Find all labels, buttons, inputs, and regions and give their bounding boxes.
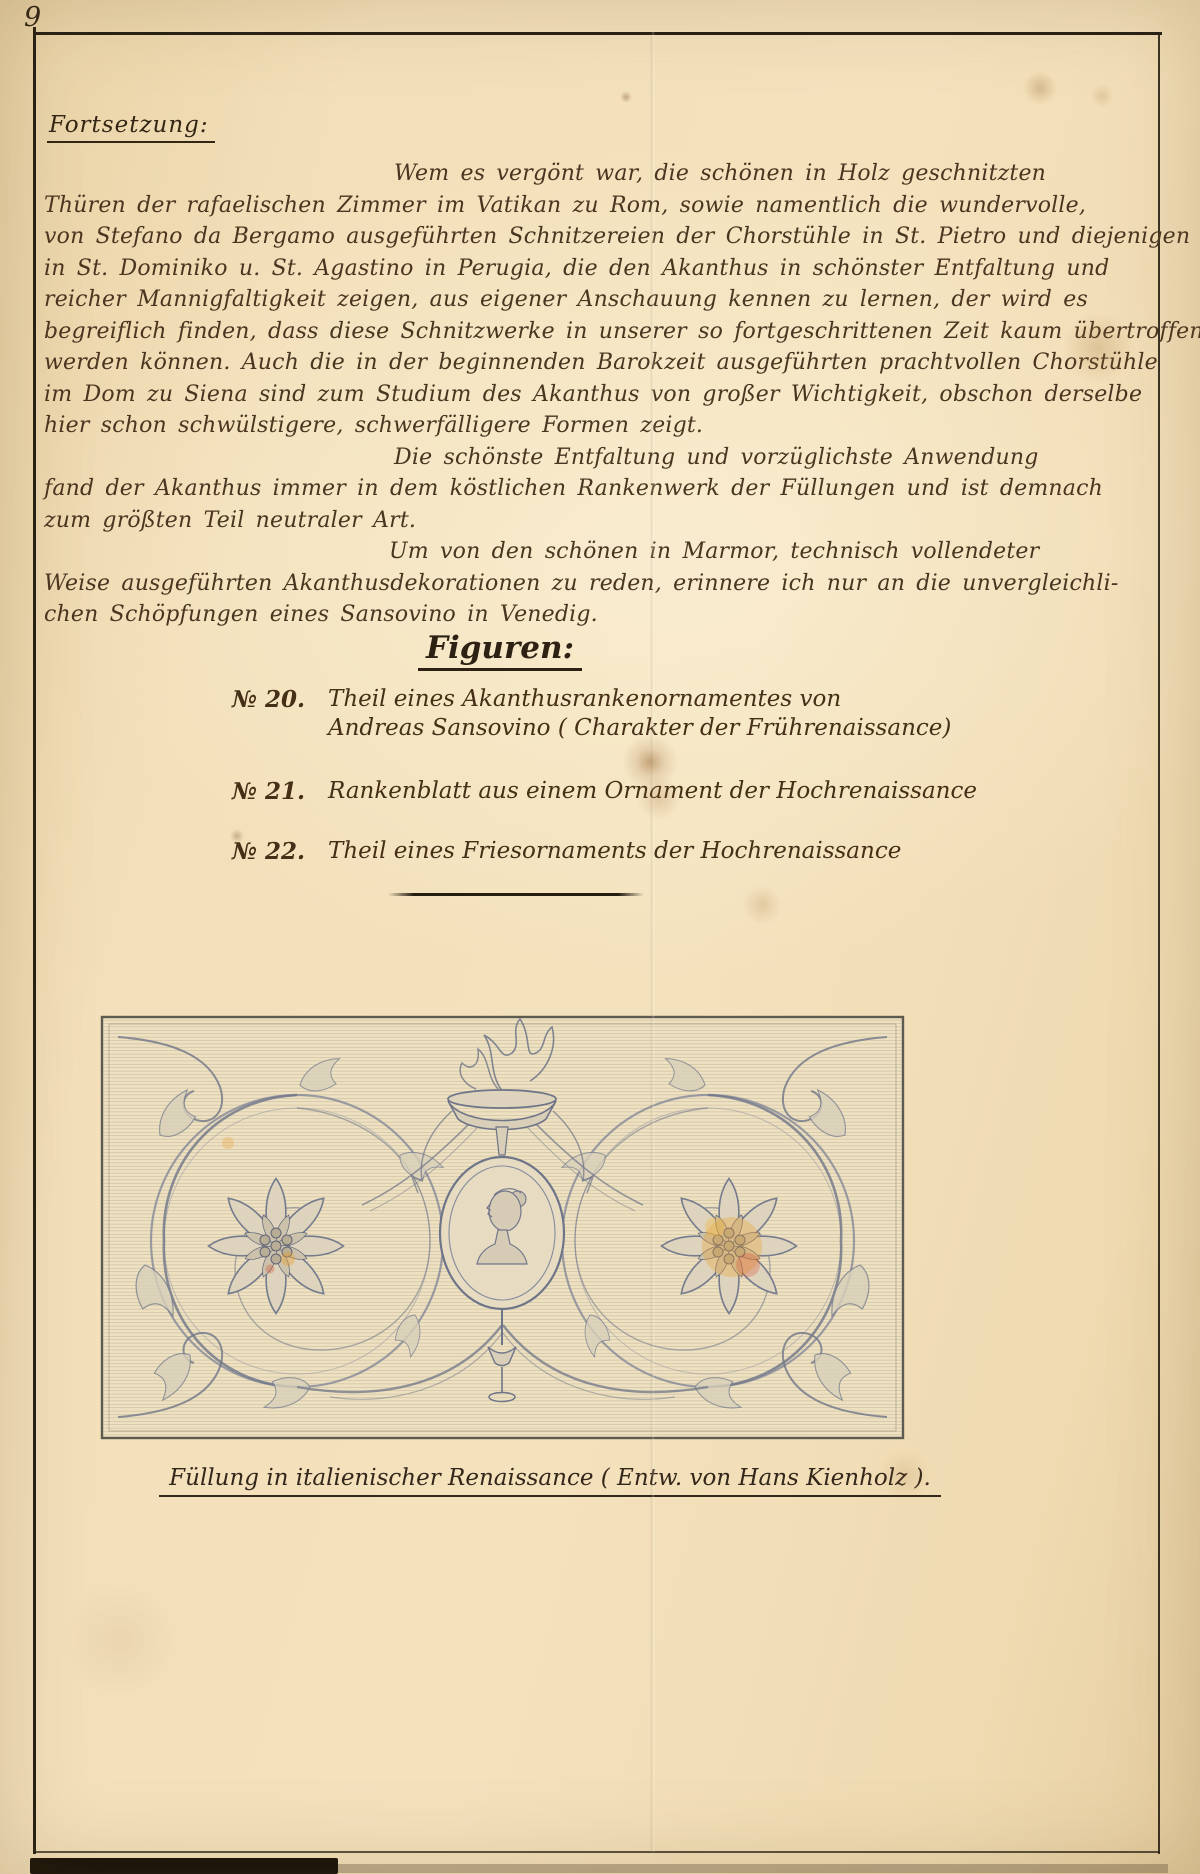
scan-edge-shadow (30, 1858, 338, 1874)
figures-heading: Figuren: (0, 630, 1000, 666)
text-line: Um von den schönen in Marmor, technisch … (389, 536, 1164, 568)
section-divider (388, 893, 644, 896)
manuscript-text: Wem es vergönt war, die schönen in Holz … (44, 158, 1164, 631)
page-number: 9 (24, 2, 41, 33)
border-frame-bottom (33, 1851, 1160, 1853)
figure-entry-21: № 21. Rankenblatt aus einem Ornament der… (232, 778, 977, 805)
text-line: zum größten Teil neutraler Art. (44, 505, 1164, 537)
text-line: reicher Mannigfaltigkeit zeigen, aus eig… (44, 284, 1164, 316)
figure-description: Theil eines Friesornaments der Hochrenai… (328, 838, 901, 865)
figure-entry-20: № 20. Theil eines Akanthusrankenornament… (232, 686, 951, 741)
text-line: fand der Akanthus immer in dem köstliche… (44, 473, 1164, 505)
figure-number: № 22. (232, 838, 328, 865)
text-line: Thüren der rafaelischen Zimmer im Vatika… (44, 190, 1164, 222)
figure-entry-22: № 22. Theil eines Friesornaments der Hoc… (232, 838, 901, 865)
scan-edge-shadow-light (338, 1864, 1168, 1873)
drawing-caption: Füllung in italienischer Renaissance ( E… (140, 1465, 960, 1491)
figure-description: Theil eines Akanthusrankenornamentes von… (328, 686, 951, 741)
figure-number: № 21. (232, 778, 328, 805)
renaissance-panel-drawing (100, 1015, 905, 1440)
text-line: Die schönste Entfaltung und vorzüglichst… (394, 442, 1164, 474)
paper-fold-crease (650, 32, 655, 1852)
text-line: hier schon schwülstigere, schwerfälliger… (44, 410, 1164, 442)
border-frame-top (33, 32, 1162, 35)
section-heading: Fortsetzung: (47, 112, 215, 143)
border-frame-left (33, 27, 36, 1854)
scanned-manuscript-page: { "page_number": "9", "section_heading":… (0, 0, 1200, 1874)
text-line: Weise ausgeführten Akanthusdekorationen … (44, 568, 1164, 600)
text-line: Wem es vergönt war, die schönen in Holz … (394, 158, 1164, 190)
text-line: in St. Dominiko u. St. Agastino in Perug… (44, 253, 1164, 285)
text-line: von Stefano da Bergamo ausgeführten Schn… (44, 221, 1164, 253)
text-line: begreiflich finden, dass diese Schnitzwe… (44, 316, 1164, 348)
ornament-drawing-svg (100, 1015, 905, 1440)
text-line: chen Schöpfungen eines Sansovino in Vene… (44, 599, 1164, 631)
figure-number: № 20. (232, 686, 328, 741)
text-line: im Dom zu Siena sind zum Studium des Aka… (44, 379, 1164, 411)
medallion-portrait (440, 1157, 564, 1309)
text-line: werden können. Auch die in der beginnend… (44, 347, 1164, 379)
